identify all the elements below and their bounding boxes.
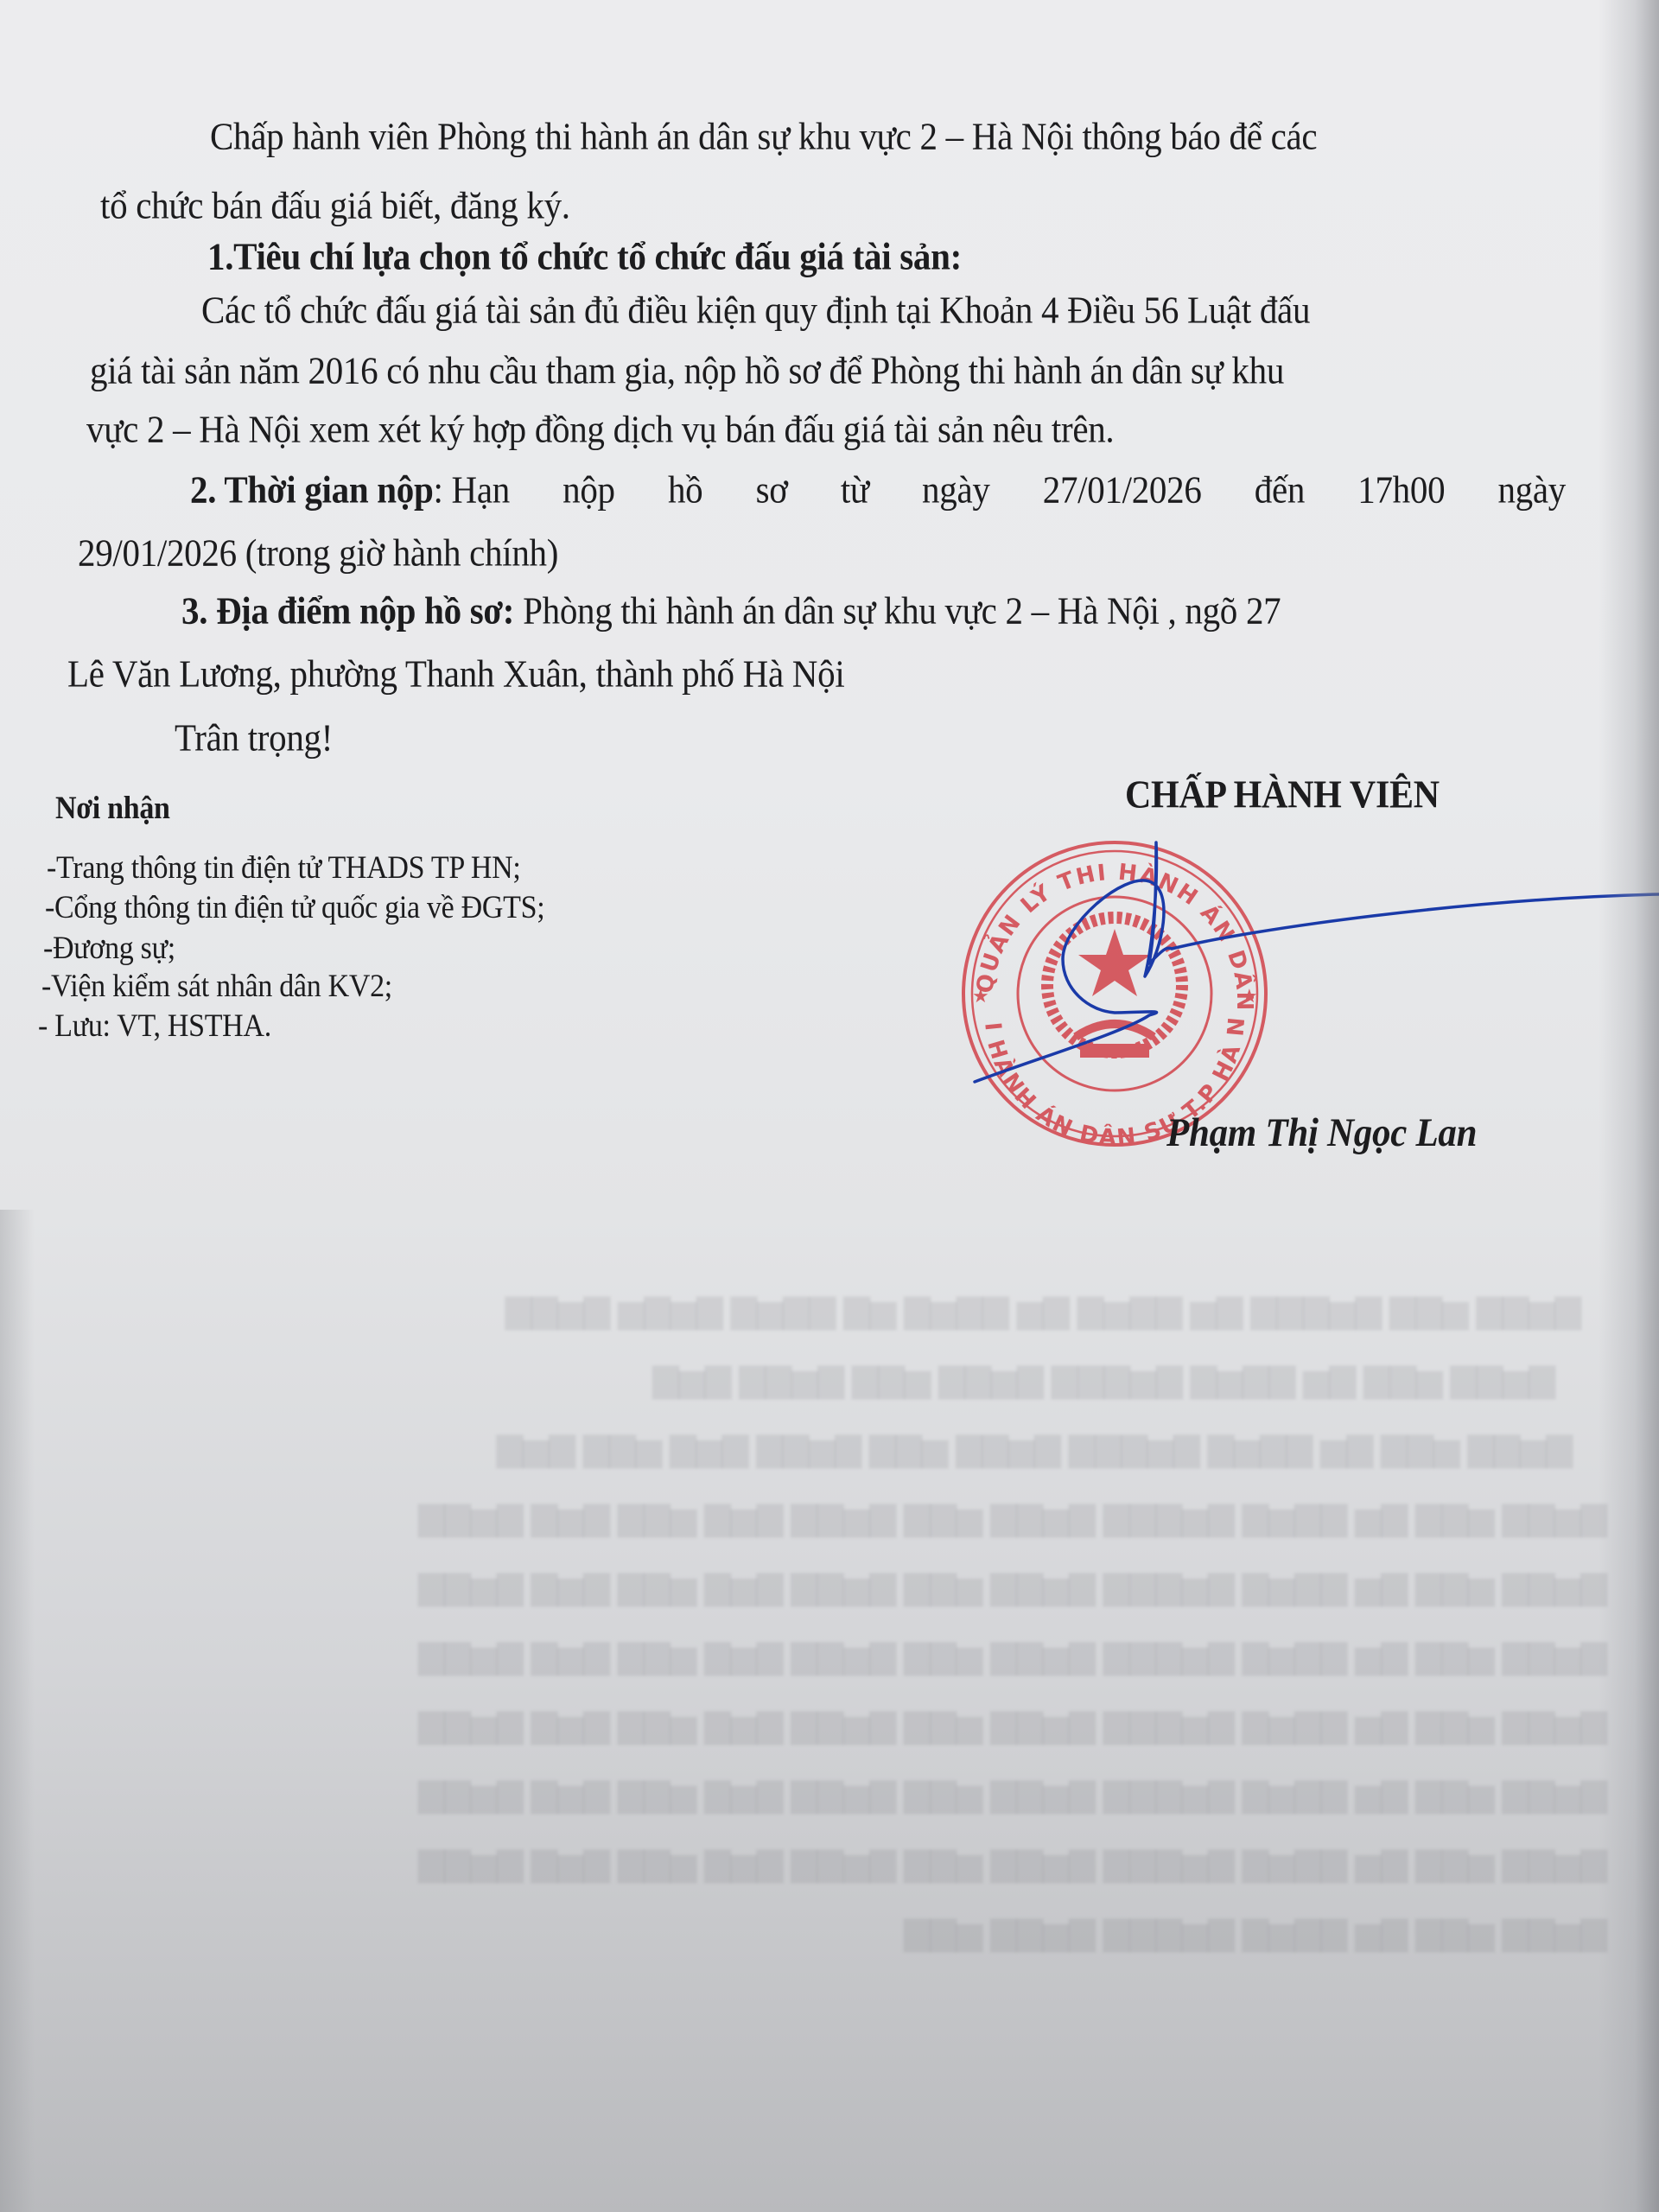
section-1-heading: 1.Tiêu chí lựa chọn tổ chức tổ chức đấu … xyxy=(207,238,962,276)
section-1-line-3: vực 2 – Hà Nội xem xét ký hợp đồng dịch … xyxy=(86,410,1114,448)
recipients-heading: Nơi nhận xyxy=(55,793,170,825)
recipient-item: -Viện kiểm sát nhân dân KV2; xyxy=(41,971,392,1003)
closing-text: Trân trọng! xyxy=(175,719,333,757)
section-2-line-1: 2. Thời gian nộp: Hạn nộp hồ sơ từ ngày … xyxy=(190,471,1566,509)
signatory-title: CHẤP HÀNH VIÊN xyxy=(1125,776,1440,815)
recipient-item: - Lưu: VT, HSTHA. xyxy=(38,1011,271,1043)
svg-text:★: ★ xyxy=(972,986,989,1007)
section-1-line-2: giá tài sản năm 2016 có nhu cầu tham gia… xyxy=(90,352,1284,390)
section-2-line-2: 29/01/2026 (trong giờ hành chính) xyxy=(78,534,558,572)
section-3-line-2: Lê Văn Lương, phường Thanh Xuân, thành p… xyxy=(67,655,844,693)
page-shadow-left xyxy=(0,1210,35,2212)
recipient-item: -Đương sự; xyxy=(43,933,175,965)
intro-line-1: Chấp hành viên Phòng thi hành án dân sự … xyxy=(210,118,1317,156)
recipient-item: -Trang thông tin điện tử THADS TP HN; xyxy=(47,853,521,885)
national-emblem-icon xyxy=(1047,918,1182,1058)
section-1-line-1: Các tổ chức đấu giá tài sản đủ điều kiện… xyxy=(201,291,1310,329)
signer-name: Phạm Thị Ngọc Lan xyxy=(1166,1113,1477,1153)
section-3-label: 3. Địa điểm nộp hồ sơ: xyxy=(181,589,514,632)
section-3-line-1: 3. Địa điểm nộp hồ sơ: Phòng thi hành án… xyxy=(181,592,1281,630)
page-shadow-right xyxy=(1599,0,1659,2212)
intro-line-2: tổ chức bán đấu giá biết, đăng ký. xyxy=(100,187,570,225)
recipient-item: -Cổng thông tin điện tử quốc gia về ĐGTS… xyxy=(45,893,544,925)
section-2-label: 2. Thời gian nộp xyxy=(190,468,434,512)
svg-text:★: ★ xyxy=(1241,986,1258,1007)
